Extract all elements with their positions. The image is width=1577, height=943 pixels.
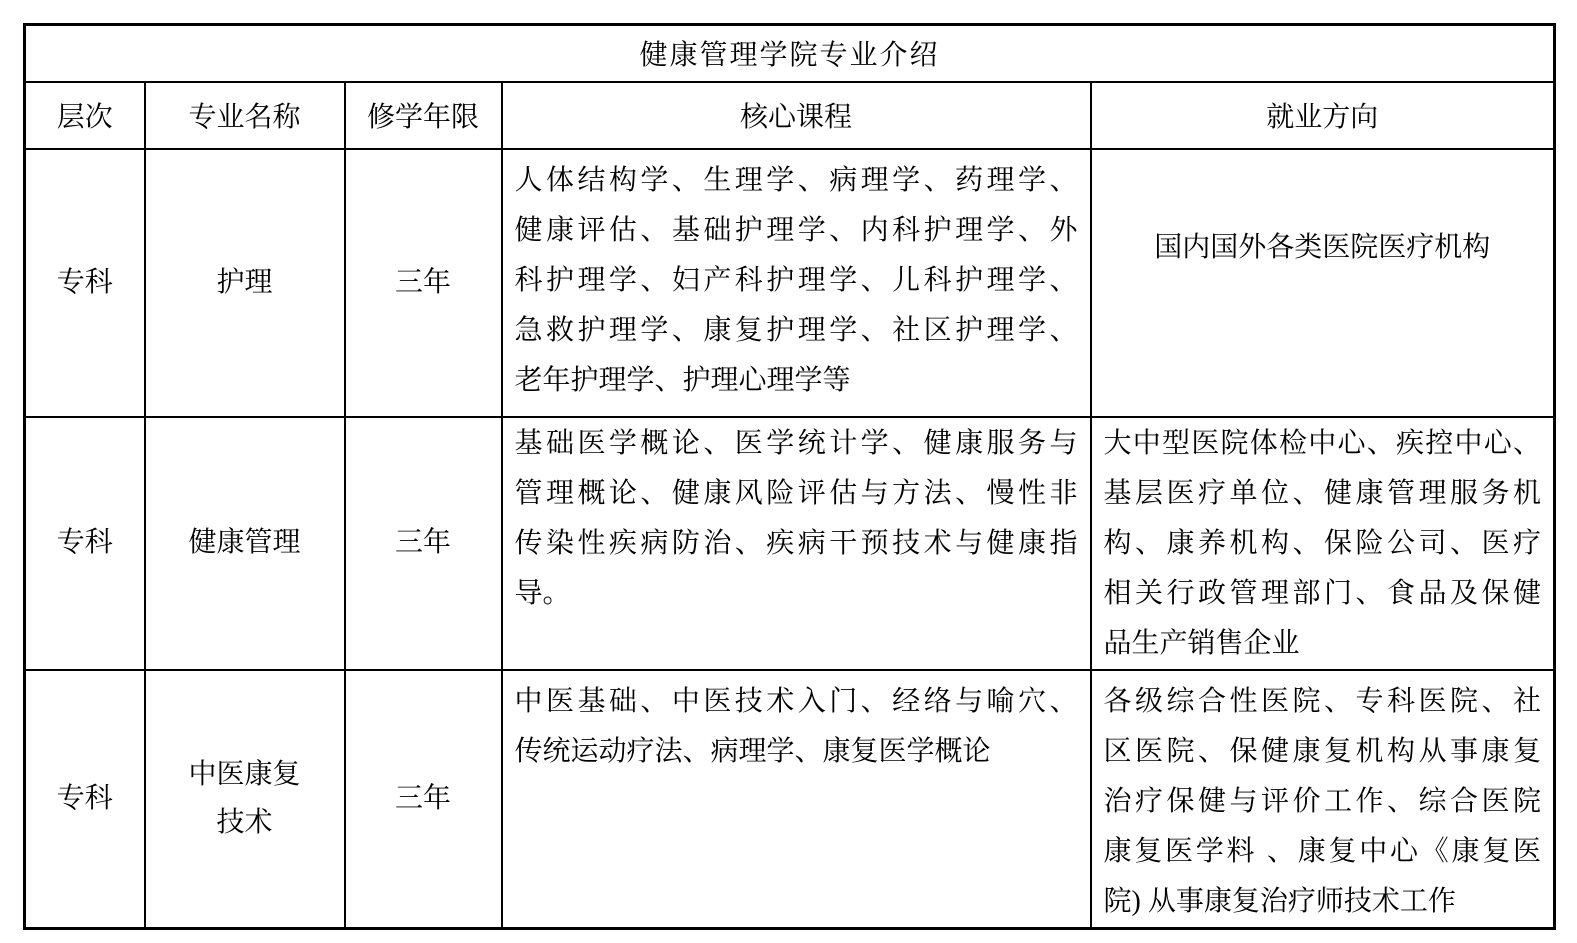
table-title: 健康管理学院专业介绍 (25, 25, 1555, 82)
column-header-level: 层次 (25, 82, 145, 149)
column-header-duration: 修学年限 (345, 82, 502, 149)
employment-cell: 国内国外各类医院医疗机构 (1091, 149, 1555, 417)
courses-cell: 人体结构学、生理学、病理学、药理学、健康评估、基础护理学、内科护理学、外科护理学… (502, 149, 1091, 417)
level-cell: 专科 (25, 417, 145, 670)
duration-cell: 三年 (345, 417, 502, 670)
duration-cell: 三年 (345, 149, 502, 417)
employment-cell: 各级综合性医院、专科医院、社区医院、保健康复机构从事康复治疗保健与评价工作、综合… (1091, 670, 1555, 929)
courses-cell: 基础医学概论、医学统计学、健康服务与管理概论、健康风险评估与方法、慢性非传染性疾… (502, 417, 1091, 670)
duration-cell: 三年 (345, 670, 502, 929)
major-cell: 健康管理 (145, 417, 345, 670)
courses-cell: 中医基础、中医技术入门、经络与喻穴、传统运动疗法、病理学、康复医学概论 (502, 670, 1091, 929)
major-cell: 护理 (145, 149, 345, 417)
table-row-nursing: 专科 护理 三年 人体结构学、生理学、病理学、药理学、健康评估、基础护理学、内科… (25, 149, 1555, 417)
table-row-health-management: 专科 健康管理 三年 基础医学概论、医学统计学、健康服务与管理概论、健康风险评估… (25, 417, 1555, 670)
column-header-major: 专业名称 (145, 82, 345, 149)
employment-cell: 大中型医院体检中心、疾控中心、基层医疗单位、健康管理服务机构、康养机构、保险公司… (1091, 417, 1555, 670)
level-cell: 专科 (25, 670, 145, 929)
level-cell: 专科 (25, 149, 145, 417)
majors-intro-table: 健康管理学院专业介绍 层次 专业名称 修学年限 核心课程 就业方向 专科 护理 … (23, 23, 1556, 930)
document-page: 健康管理学院专业介绍 层次 专业名称 修学年限 核心课程 就业方向 专科 护理 … (0, 0, 1577, 943)
column-header-employment: 就业方向 (1091, 82, 1555, 149)
table-title-row: 健康管理学院专业介绍 (25, 25, 1555, 82)
major-cell: 中医康复技术 (145, 670, 345, 929)
column-header-courses: 核心课程 (502, 82, 1091, 149)
table-header-row: 层次 专业名称 修学年限 核心课程 就业方向 (25, 82, 1555, 149)
table-row-tcm-rehabilitation: 专科 中医康复技术 三年 中医基础、中医技术入门、经络与喻穴、传统运动疗法、病理… (25, 670, 1555, 929)
